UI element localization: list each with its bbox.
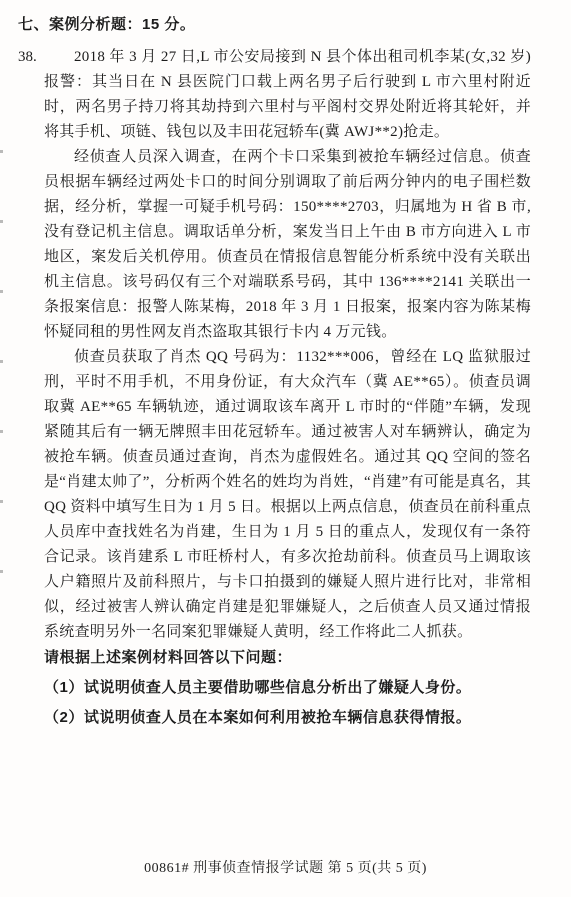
case-paragraph-1: 2018 年 3 月 27 日,L 市公安局接到 N 县个体出租司机李某(女,3… (44, 45, 531, 145)
case-body: 2018 年 3 月 27 日,L 市公安局接到 N 县个体出租司机李某(女,3… (44, 45, 531, 645)
scan-artifact (0, 150, 3, 580)
case-paragraph-2: 经侦查人员深入调查，在两个卡口采集到被抢车辆经过信息。侦查员根据车辆经过两处卡口… (44, 145, 531, 345)
sub-question-2: （2）试说明侦查人员在本案如何利用被抢车辆信息获得情报。 (44, 705, 531, 730)
case-paragraph-3: 侦查员获取了肖杰 QQ 号码为：1132***006，曾经在 LQ 监狱服过刑，… (44, 345, 531, 645)
section-heading: 七、案例分析题：15 分。 (18, 14, 531, 36)
page-footer: 00861# 刑事侦查情报学试题 第 5 页(共 5 页) (0, 857, 571, 877)
question-number: 38. (18, 45, 37, 70)
answer-prompt: 请根据上述案例材料回答以下问题： (44, 645, 531, 670)
exam-page: 七、案例分析题：15 分。 38. 2018 年 3 月 27 日,L 市公安局… (0, 0, 571, 897)
sub-question-1: （1）试说明侦查人员主要借助哪些信息分析出了嫌疑人身份。 (44, 675, 531, 700)
case-question-block: 38. 2018 年 3 月 27 日,L 市公安局接到 N 县个体出租司机李某… (18, 45, 531, 645)
question-list: （1）试说明侦查人员主要借助哪些信息分析出了嫌疑人身份。 （2）试说明侦查人员在… (44, 675, 531, 730)
